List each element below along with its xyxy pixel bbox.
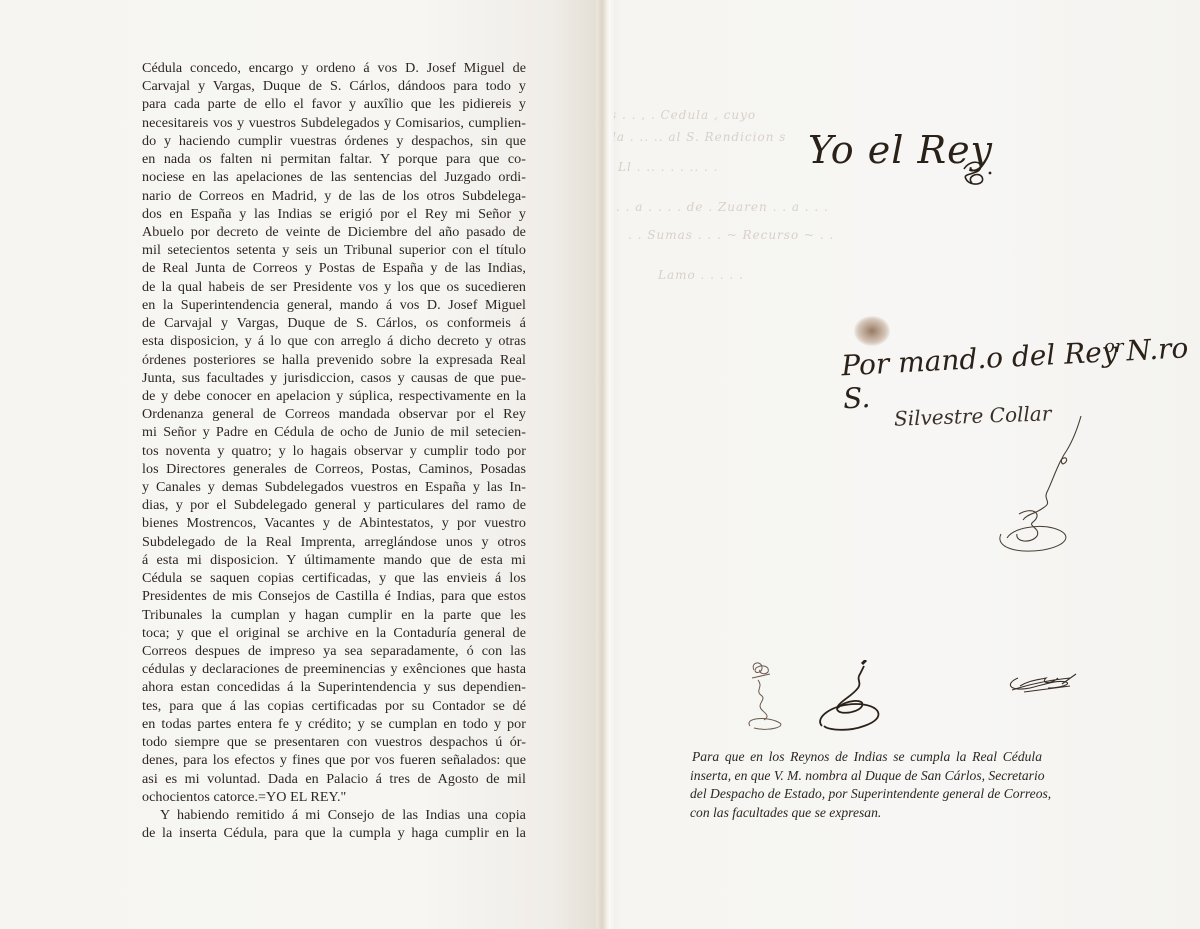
text-line: nociese en las apelaciones de las senten… bbox=[142, 168, 526, 186]
text-line: cédulas y declaraciones de preeminencias… bbox=[142, 660, 526, 678]
text-line: Tribunales la cumplan y hagan cumplir en… bbox=[142, 606, 526, 624]
left-page: Cédula concedo, encargo y ordeno á vos D… bbox=[0, 0, 598, 929]
caption-line: inserta, en que V. M. nombra al Duque de… bbox=[690, 767, 1042, 786]
text-line: Cédula concedo, encargo y ordeno á vos D… bbox=[142, 59, 526, 77]
text-line: asi es mi voluntad. Dada en Palacio á tr… bbox=[142, 770, 526, 788]
text-line: toca; y que el original se archive en la… bbox=[142, 624, 526, 642]
text-line: en todas partes entera fe y crédito; y s… bbox=[142, 715, 526, 733]
right-page: s . . , . Cedula , cuyo la . .. .. al S.… bbox=[598, 0, 1200, 929]
text-line: en la Superintendencia general, mando á … bbox=[142, 296, 526, 314]
text-line: á esta mi disposicion. Y últimamente man… bbox=[142, 551, 526, 569]
text-line: de y debe conocer en apelacion y súplica… bbox=[142, 387, 526, 405]
text-line: de Carvajal y Vargas, Duque de S. Cárlos… bbox=[142, 314, 526, 332]
text-line: Correos despues de impreso ya sea separa… bbox=[142, 642, 526, 660]
text-line: de Real Junta de Correos y Postas de Esp… bbox=[142, 259, 526, 277]
text-line: mil setecientos setenta y seis un Tribun… bbox=[142, 241, 526, 259]
text-line: ahora estan concedidas á la Superintende… bbox=[142, 678, 526, 696]
signature-rubric-icon bbox=[956, 155, 996, 191]
text-line: Presidentes de mis Consejos de Castilla … bbox=[142, 587, 526, 605]
text-line: denes, para los efectos y fines que por … bbox=[142, 751, 526, 769]
caption-line: Para que en los Reynos de Indias se cump… bbox=[690, 748, 1042, 767]
left-page-body-text: Cédula concedo, encargo y ordeno á vos D… bbox=[142, 59, 526, 842]
caption-line: del Despacho de Estado, por Superintende… bbox=[690, 785, 1042, 804]
paraph-left-icon bbox=[740, 660, 796, 732]
text-line-new-paragraph: Y habiendo remitido á mi Consejo de las … bbox=[142, 806, 526, 824]
bleed-through-text: . . Sumas . . . ~ Recurso ~ . . bbox=[628, 228, 834, 242]
text-line: Ordenanza general de Correos mandada obs… bbox=[142, 405, 526, 423]
text-line: de la inserta Cédula, para que la cumpla… bbox=[142, 824, 526, 842]
text-line: nario de Correos en Madrid, y de las de … bbox=[142, 187, 526, 205]
bleed-through-text: Ll . .. . . . .. . . bbox=[618, 160, 718, 174]
secretary-rubric-icon bbox=[993, 410, 1093, 555]
order-superscript: or bbox=[1104, 336, 1123, 357]
text-line: dos en España y las Indias se erigió por… bbox=[142, 205, 526, 223]
ink-blot bbox=[854, 316, 890, 346]
text-line: Subdelegado de la Real Imprenta, arreglá… bbox=[142, 533, 526, 551]
text-line: tos noventa y quatro; y lo hagais observ… bbox=[142, 442, 526, 460]
text-line: los Directores generales de Correos, Pos… bbox=[142, 460, 526, 478]
text-line: Junta, sus facultades y jurisdiccion, ca… bbox=[142, 369, 526, 387]
text-line: Carvajal y Vargas, Duque de S. Cárlos, d… bbox=[142, 77, 526, 95]
text-line: todo siempre que se presentaren con vues… bbox=[142, 733, 526, 751]
bleed-through-text: . . a . . . . de . Zuaren . . a . . . bbox=[616, 200, 829, 214]
text-line: para cada parte de ello el favor y auxîl… bbox=[142, 95, 526, 113]
text-line: esta disposicion, y á lo que con arreglo… bbox=[142, 332, 526, 350]
text-line: de la qual habeis de ser Presidente vos … bbox=[142, 278, 526, 296]
text-line: y Canales y demas Subdelegados vuestros … bbox=[142, 478, 526, 496]
bleed-through-text: la . .. .. al S. Rendicion s bbox=[612, 130, 786, 144]
text-line: dias, y por el Subdelegado general y par… bbox=[142, 496, 526, 514]
bleed-through-text: Lamo . . . . . bbox=[658, 268, 744, 282]
caption-line: con las facultades que se expresan. bbox=[690, 804, 1042, 823]
text-line: do y haciendo cumplir vuestras órdenes y… bbox=[142, 132, 526, 150]
text-line-closing: ochocientos catorce.=YO EL REY." bbox=[142, 788, 526, 806]
book-gutter bbox=[596, 0, 614, 929]
text-line: Cédula se saquen copias certificadas, y … bbox=[142, 569, 526, 587]
text-line: en nada os falten ni permitan faltar. Y … bbox=[142, 150, 526, 168]
paraph-right-icon bbox=[1000, 670, 1080, 700]
text-line: necesitareis vos y vuestros Subdelegados… bbox=[142, 114, 526, 132]
text-line: mi Señor y Padre en Cédula de ocho de Ju… bbox=[142, 423, 526, 441]
decree-summary-caption: Para que en los Reynos de Indias se cump… bbox=[690, 748, 1042, 822]
text-line: tes, para que á las copias certificadas … bbox=[142, 697, 526, 715]
text-line: órdenes posteriores se halla prevenido s… bbox=[142, 351, 526, 369]
text-line: Abuelo por decreto de veinte de Diciembr… bbox=[142, 223, 526, 241]
bleed-through-text: s . . , . Cedula , cuyo bbox=[610, 108, 756, 122]
text-line: bienes Mostrencos, Vacantes y de Abintes… bbox=[142, 514, 526, 532]
paraph-center-icon bbox=[812, 660, 892, 732]
